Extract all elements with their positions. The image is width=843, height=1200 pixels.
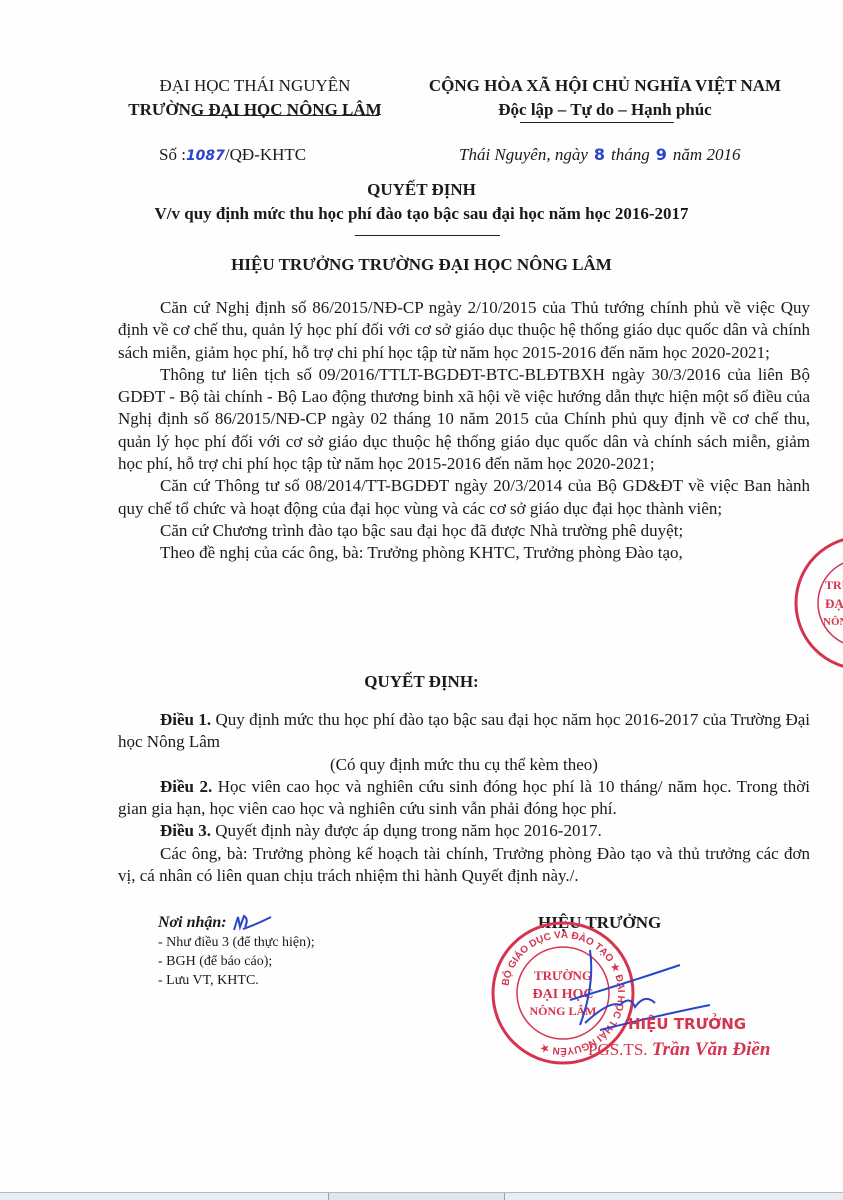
country-name: CỘNG HÒA XÃ HỘI CHỦ NGHĨA VIỆT NAM [400, 74, 810, 98]
subtitle-underline [355, 235, 500, 236]
document-number: Số :1087/QĐ-KHTC [159, 145, 306, 165]
issuer-underline [191, 115, 379, 116]
document-title: QUYẾT ĐỊNH [0, 180, 843, 200]
document-page: ĐẠI HỌC THÁI NGUYÊN TRƯỜNG ĐẠI HỌC NÔNG … [0, 0, 843, 1192]
document-subtitle: V/v quy định mức thu học phí đào tạo bậc… [0, 204, 843, 224]
preamble: Căn cứ Nghị định số 86/2015/NĐ-CP ngày 2… [118, 297, 810, 565]
article-2: Điều 2. Học viên cao học và nghiên cứu s… [118, 776, 810, 821]
handwritten-day: 8 [594, 145, 605, 164]
signer-degree: PGS.TS. [588, 1040, 648, 1059]
preamble-item: Căn cứ Nghị định số 86/2015/NĐ-CP ngày 2… [118, 297, 810, 364]
recipient-item: - Lưu VT, KHTC. [158, 971, 315, 990]
execution-clause: Các ông, bà: Trưởng phòng kế hoạch tài c… [118, 843, 810, 888]
document-number-suffix: /QĐ-KHTC [225, 145, 306, 164]
document-number-prefix: Số : [159, 145, 186, 164]
issuing-organization: TRƯỜNG ĐẠI HỌC NÔNG LÂM [110, 98, 400, 122]
national-motto-block: CỘNG HÒA XÃ HỘI CHỦ NGHĨA VIỆT NAM Độc l… [400, 74, 810, 122]
handwritten-number: 1087 [186, 148, 225, 164]
decision-heading: QUYẾT ĐỊNH: [0, 672, 843, 692]
initials-signature-icon [231, 913, 273, 933]
article-3: Điều 3. Quyết định này được áp dụng tron… [118, 820, 810, 842]
issuing-authority: HIỆU TRƯỞNG TRƯỜNG ĐẠI HỌC NÔNG LÂM [0, 255, 843, 275]
recipient-item: - Như điều 3 (để thực hiện); [158, 933, 315, 952]
preamble-item: Thông tư liên tịch số 09/2016/TTLT-BGDĐT… [118, 364, 810, 475]
article-1-note: (Có quy định mức thu cụ thể kèm theo) [118, 754, 810, 776]
svg-text:TRU: TRU [825, 578, 843, 592]
month-label: tháng [611, 145, 650, 164]
edge-stamp-icon: TRU ĐẠI NÔN [787, 533, 843, 673]
year-label: năm 2016 [673, 145, 741, 164]
motto-underline [520, 122, 674, 123]
execution-text: Các ông, bà: Trưởng phòng kế hoạch tài c… [118, 844, 810, 885]
stamp-signer-title: HIỆU TRƯỞNG [628, 1015, 746, 1033]
article-text: Quy định mức thu học phí đào tạo bậc sau… [118, 710, 810, 751]
recipients-heading: Nơi nhận: [158, 913, 315, 933]
signer-fullname: Trần Văn Điền [652, 1039, 771, 1060]
article-note-text: (Có quy định mức thu cụ thể kèm theo) [330, 755, 598, 774]
recipient-item: - BGH (để báo cáo); [158, 952, 315, 971]
article-text: Học viên cao học và nghiên cứu sinh đóng… [118, 777, 810, 818]
place-date-prefix: Thái Nguyên, ngày [459, 145, 588, 164]
svg-text:NÔN: NÔN [823, 615, 843, 628]
article-label: Điều 1. [160, 710, 211, 729]
preamble-item: Theo đề nghị của các ông, bà: Trưởng phò… [118, 542, 810, 564]
article-text: Quyết định này được áp dụng trong năm họ… [211, 821, 602, 840]
motto: Độc lập – Tự do – Hạnh phúc [400, 98, 810, 122]
svg-text:ĐẠI: ĐẠI [825, 596, 843, 611]
place-date: Thái Nguyên, ngày8tháng9năm 2016 [459, 145, 740, 165]
handwritten-month: 9 [656, 145, 667, 164]
article-1: Điều 1. Quy định mức thu học phí đào tạo… [118, 709, 810, 754]
signer-name: PGS.TS. Trần Văn Điền [588, 1039, 770, 1061]
article-label: Điều 3. [160, 821, 211, 840]
parent-organization: ĐẠI HỌC THÁI NGUYÊN [110, 74, 400, 98]
preamble-item: Căn cứ Thông tư số 08/2014/TT-BGDĐT ngày… [118, 475, 810, 520]
scan-bottom-tab [328, 1193, 505, 1200]
article-label: Điều 2. [160, 777, 212, 796]
preamble-item: Căn cứ Chương trình đào tạo bậc sau đại … [118, 520, 810, 542]
articles: Điều 1. Quy định mức thu học phí đào tạo… [118, 709, 810, 887]
recipients-block: Nơi nhận: - Như điều 3 (để thực hiện); -… [158, 913, 315, 990]
